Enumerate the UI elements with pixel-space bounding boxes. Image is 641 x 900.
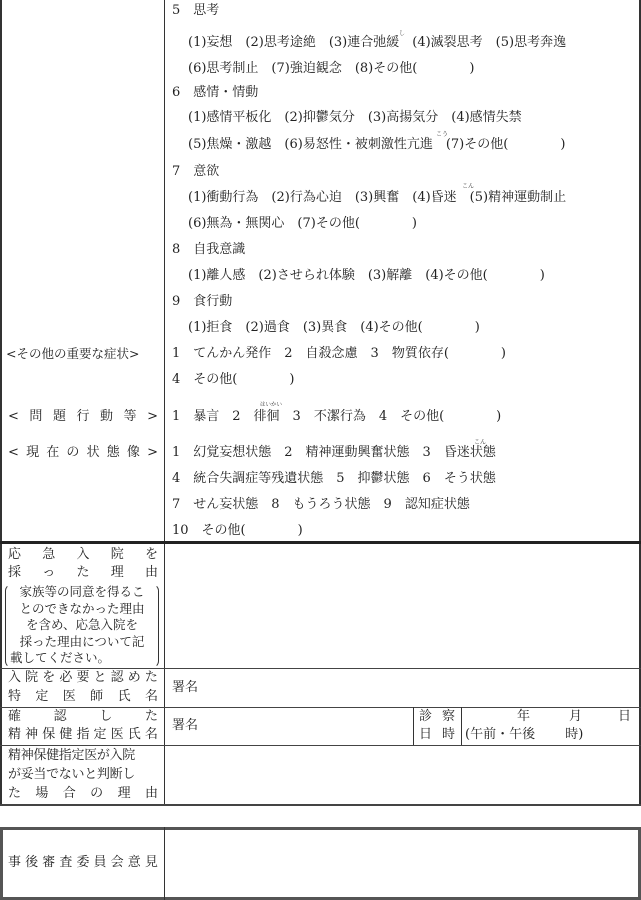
ruby-annotation: こん xyxy=(462,183,474,190)
emergency-reason-note: 家族等の同意を得るこ とのできなかった理由 を含め、応急入院を 採った理由につい… xyxy=(8,584,156,667)
designated-physician-signature-field[interactable] xyxy=(200,669,638,706)
options-line: 4 その他( ) xyxy=(172,372,294,388)
exam-date-field[interactable]: 年 月 日 xyxy=(462,709,638,727)
review-column-divider xyxy=(164,827,165,900)
problem-behavior-label: < 問 題 行 動 等 > xyxy=(8,409,158,425)
options-line: 7 せん妄状態 8 もうろう状態 9 認知症状態 xyxy=(172,497,470,513)
options-line: (1)妄想 (2)思考途絶 (3)連合弛緩 (4)滅裂思考 (5)思考奔逸 xyxy=(188,35,566,51)
section-heading: 6 感情・情動 xyxy=(172,85,258,101)
review-committee-label: 事 後 審 査 委 員 会 意 見 xyxy=(8,855,158,871)
exam-datetime-label-line1: 診 察 xyxy=(419,709,455,725)
options-line: 1 幻覚妄想状態 2 精神運動興奮状態 3 昏迷状態 xyxy=(172,445,496,461)
options-line: 10 その他( ) xyxy=(172,523,303,539)
options-line: 1 暴言 2 徘徊 3 不潔行為 4 その他( ) xyxy=(172,409,501,425)
table-left-border xyxy=(0,0,2,806)
current-state-label: < 現 在 の 状 態 像 > xyxy=(8,445,158,461)
not-appropriate-label-line2: が妥当でないと判断し xyxy=(8,767,135,783)
exam-time-field[interactable]: (午前・午後 時) xyxy=(465,727,583,743)
emergency-reason-label-line1: 応 急 入 院 を xyxy=(8,547,158,563)
day-label: 日 xyxy=(618,709,631,725)
not-appropriate-label-line3: た 場 合 の 理 由 xyxy=(8,786,158,802)
options-line: (1)拒食 (2)過食 (3)異食 (4)その他( ) xyxy=(188,320,480,336)
options-line: (5)焦燥・激越 (6)易怒性・被刺激性亢進 (7)その他( ) xyxy=(188,137,565,153)
options-line: 1 てんかん発作 2 自殺念慮 3 物質依存( ) xyxy=(172,346,506,362)
section-heading: 9 食行動 xyxy=(172,294,232,310)
confirming-physician-label-line2: 精 神 保 健 指 定 医 氏 名 xyxy=(8,727,158,743)
confirming-physician-signature-field[interactable] xyxy=(200,708,412,745)
section-heading: 8 自我意識 xyxy=(172,242,245,258)
designated-physician-label-line2: 特 定 医 師 氏 名 xyxy=(8,689,158,705)
options-line: (1)離人感 (2)させられ体験 (3)解離 (4)その他( ) xyxy=(188,268,545,284)
emergency-reason-label-line2: 採 っ た 理 由 xyxy=(8,565,158,581)
label-column-divider xyxy=(164,0,165,806)
other-symptoms-label: <その他の重要な症状> xyxy=(6,346,158,362)
confirming-physician-label-line1: 確 認 し た xyxy=(8,709,158,725)
not-appropriate-reason-field[interactable] xyxy=(166,746,638,803)
review-committee-table: 事 後 審 査 委 員 会 意 見 xyxy=(0,827,641,899)
options-line: (6)無為・無関心 (7)その他( ) xyxy=(188,216,417,232)
designated-physician-label-line1: 入 院 を 必 要 と 認 め た xyxy=(8,670,158,686)
emergency-reason-field[interactable] xyxy=(166,545,638,667)
ruby-annotation: はいかい xyxy=(260,402,282,409)
not-appropriate-label-line1: 精神保健指定医が入院 xyxy=(8,748,135,764)
exam-label-left-divider xyxy=(413,707,414,745)
review-committee-opinion-field[interactable] xyxy=(166,830,637,897)
section-heading: 5 思考 xyxy=(172,3,219,19)
options-line: (1)衝動行為 (2)行為心迫 (3)興奮 (4)昏迷 (5)精神運動制止 xyxy=(188,190,566,206)
signature-label: 署名 xyxy=(172,718,198,734)
exam-datetime-label-line2: 日 時 xyxy=(419,727,455,743)
options-line: 4 統合失調症等残遺状態 5 抑鬱状態 6 そう状態 xyxy=(172,471,496,487)
table-bottom-border xyxy=(0,804,641,806)
month-label: 月 xyxy=(569,709,582,725)
section-divider-thick xyxy=(0,541,641,544)
year-label: 年 xyxy=(517,709,530,725)
options-line: (1)感情平板化 (2)抑鬱気分 (3)高揚気分 (4)感情失禁 xyxy=(188,110,522,126)
options-line: (6)思考制止 (7)強迫観念 (8)その他( ) xyxy=(188,61,474,77)
signature-label: 署名 xyxy=(172,680,198,696)
section-heading: 7 意欲 xyxy=(172,164,219,180)
review-left-border xyxy=(0,827,3,900)
